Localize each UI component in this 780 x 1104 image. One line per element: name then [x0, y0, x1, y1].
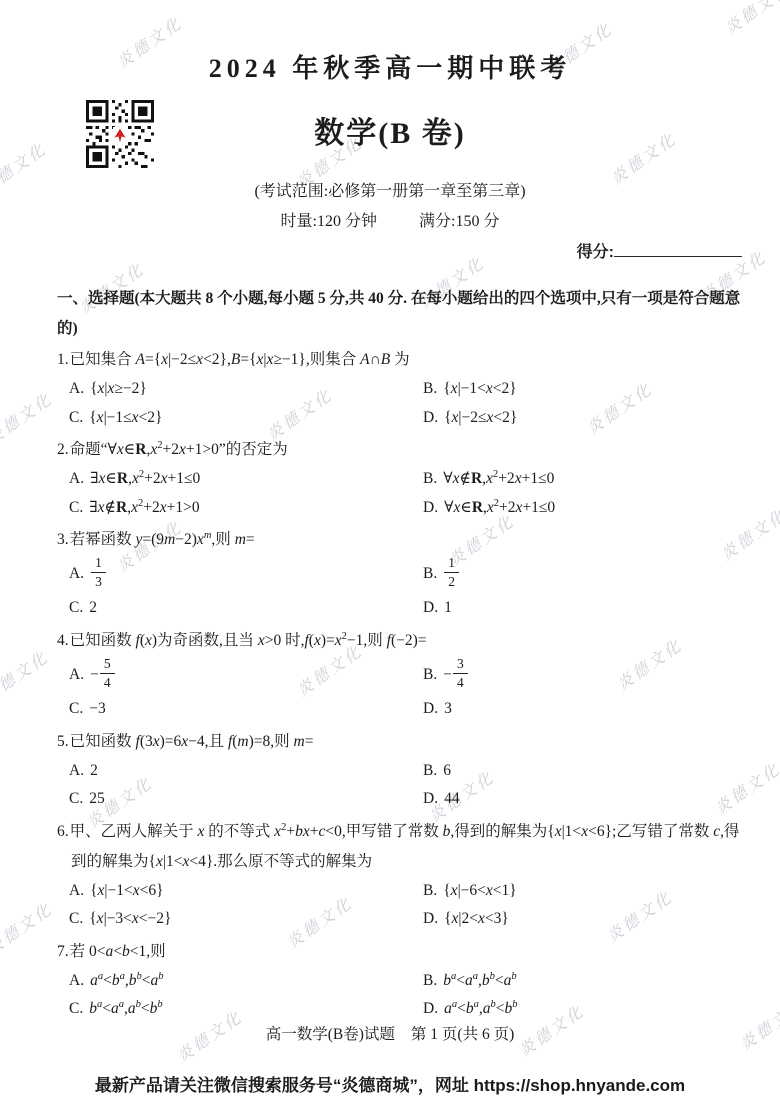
exam-paper-page: 炎德文化 炎德文化 炎德文化 炎德文化 炎德文化 炎德文化 炎德文化 炎德文化 … — [0, 0, 780, 1104]
question-1-stem: 1.已知集合 A={x|−2≤x<2},B={x|x≥−1},则集合 A∩B 为 — [57, 345, 751, 375]
question-number: 2. — [57, 441, 69, 458]
question-4-option-b: B.−34 — [411, 656, 751, 695]
option-text: 2 — [89, 599, 97, 616]
question-1-options: A.{x|x≥−2} B.{x|−1<x<2} C.{x|−1≤x<2} D.{… — [57, 375, 751, 432]
option-label: D. — [423, 409, 438, 426]
watermark-text: 炎德文化 — [0, 896, 57, 958]
option-label: A. — [69, 380, 84, 397]
fraction: 34 — [453, 656, 468, 691]
question-7: 7.若 0<a<b<1,则 A.aa<ba,bb<ab B.ba<aa,bb<a… — [57, 937, 751, 1024]
fraction: 12 — [444, 555, 459, 590]
option-text: ba<aa,ab<bb — [89, 1000, 162, 1017]
option-text: 25 — [89, 790, 105, 807]
option-label: A. — [69, 666, 84, 683]
duration-label: 时量:120 分钟 — [281, 213, 377, 230]
question-2-option-b: B.∀x∉R,x2+2x+1≤0 — [411, 465, 751, 494]
option-label: B. — [423, 972, 437, 989]
exam-scope-note: (考试范围:必修第一册第一章至第三章) — [0, 178, 780, 201]
question-3-option-d: D.1 — [411, 594, 751, 623]
question-6: 6.甲、乙两人解关于 x 的不等式 x2+bx+c<0,甲写错了常数 b,得到的… — [57, 817, 751, 934]
option-label: B. — [423, 380, 437, 397]
score-label: 得分: — [577, 244, 614, 261]
option-label: D. — [423, 1000, 438, 1017]
question-6-stem: 6.甲、乙两人解关于 x 的不等式 x2+bx+c<0,甲写错了常数 b,得到的… — [57, 817, 751, 877]
option-label: B. — [423, 666, 437, 683]
option-label: C. — [69, 790, 83, 807]
question-number: 5. — [57, 733, 69, 750]
question-number: 6. — [57, 823, 69, 840]
question-5-option-d: D.44 — [411, 785, 751, 814]
question-number: 7. — [57, 943, 69, 960]
question-7-option-a: A.aa<ba,bb<ab — [57, 967, 411, 996]
question-7-stem: 7.若 0<a<b<1,则 — [57, 937, 751, 967]
question-4-options: A.−54 B.−34 C.−3 D.3 — [57, 656, 751, 724]
option-text: {x|−1<x<6} — [90, 882, 164, 899]
score-line: 得分: — [577, 239, 742, 262]
question-3-option-b: B.12 — [411, 555, 751, 594]
option-text: {x|−1≤x<2} — [89, 409, 162, 426]
option-text: −34 — [443, 666, 469, 683]
option-text: {x|2<x<3} — [444, 910, 509, 927]
question-stem-text: 命题“∀x∈R,x2+2x+1>0”的否定为 — [70, 441, 288, 458]
option-text: 12 — [443, 565, 460, 582]
option-label: B. — [423, 470, 437, 487]
question-3-stem: 3.若幂函数 y=(9m−2)xm,则 m= — [57, 525, 751, 555]
footer-page-number: 第 1 页(共 6 页) — [411, 1026, 514, 1043]
question-stem-text: 若 0<a<b<1,则 — [70, 943, 166, 960]
question-2-stem: 2.命题“∀x∈R,x2+2x+1>0”的否定为 — [57, 435, 751, 465]
option-text: −3 — [89, 700, 106, 717]
subject-title: 数学(B 卷) — [0, 108, 780, 152]
promo-text: 最新产品请关注微信搜索服务号“炎德商城”，网址 https://shop.hny… — [0, 1071, 780, 1096]
question-1: 1.已知集合 A={x|−2≤x<2},B={x|x≥−1},则集合 A∩B 为… — [57, 345, 751, 432]
question-number: 1. — [57, 351, 69, 368]
option-label: D. — [423, 700, 438, 717]
option-label: C. — [69, 700, 83, 717]
question-3-options: A.13 B.12 C.2 D.1 — [57, 555, 751, 623]
option-text: 13 — [90, 565, 107, 582]
option-text: 2 — [90, 762, 98, 779]
question-7-option-c: C.ba<aa,ab<bb — [57, 995, 411, 1024]
fraction: 54 — [100, 656, 115, 691]
question-7-options: A.aa<ba,bb<ab B.ba<aa,bb<ab C.ba<aa,ab<b… — [57, 967, 751, 1024]
question-4: 4.已知函数 f(x)为奇函数,且当 x>0 时,f(x)=x2−1,则 f(−… — [57, 626, 751, 724]
question-6-options: A.{x|−1<x<6} B.{x|−6<x<1} C.{x|−3<x<−2} … — [57, 877, 751, 934]
question-4-option-a: A.−54 — [57, 656, 411, 695]
fraction: 13 — [91, 555, 106, 590]
option-text: ∀x∉R,x2+2x+1≤0 — [443, 470, 554, 487]
option-text: aa<ba,bb<ab — [90, 972, 163, 989]
option-label: D. — [423, 499, 438, 516]
option-label: B. — [423, 762, 437, 779]
question-2: 2.命题“∀x∈R,x2+2x+1>0”的否定为 A.∃x∈R,x2+2x+1≤… — [57, 435, 751, 522]
option-label: D. — [423, 790, 438, 807]
option-label: A. — [69, 882, 84, 899]
option-text: 6 — [443, 762, 451, 779]
option-label: C. — [69, 910, 83, 927]
option-text: ∃x∉R,x2+2x+1>0 — [89, 499, 199, 516]
question-2-option-d: D.∀x∈R,x2+2x+1≤0 — [411, 494, 751, 523]
question-5-option-c: C.25 — [57, 785, 411, 814]
option-text: {x|−1<x<2} — [443, 380, 517, 397]
exam-time-line: 时量:120 分钟满分:150 分 — [0, 208, 780, 231]
question-3: 3.若幂函数 y=(9m−2)xm,则 m= A.13 B.12 C.2 D.1 — [57, 525, 751, 623]
watermark-text: 炎德文化 — [0, 386, 57, 448]
question-7-option-b: B.ba<aa,bb<ab — [411, 967, 751, 996]
option-text: −54 — [90, 666, 116, 683]
option-text: ∀x∈R,x2+2x+1≤0 — [444, 499, 555, 516]
option-text: {x|−2≤x<2} — [444, 409, 517, 426]
question-1-option-d: D.{x|−2≤x<2} — [411, 404, 751, 433]
section-title: 一、选择题 — [57, 290, 135, 307]
full-score-label: 满分:150 分 — [419, 213, 499, 230]
option-text: {x|−6<x<1} — [443, 882, 517, 899]
question-5: 5.已知函数 f(3x)=6x−4,且 f(m)=8,则 m= A.2 B.6 … — [57, 727, 751, 814]
option-label: C. — [69, 599, 83, 616]
question-6-option-a: A.{x|−1<x<6} — [57, 877, 411, 906]
option-label: C. — [69, 1000, 83, 1017]
question-stem-text: 若幂函数 y=(9m−2)xm,则 m= — [70, 531, 255, 548]
question-6-option-b: B.{x|−6<x<1} — [411, 877, 751, 906]
question-7-option-d: D.aa<ba,ab<bb — [411, 995, 751, 1024]
option-text: ∃x∈R,x2+2x+1≤0 — [90, 470, 200, 487]
option-label: A. — [69, 470, 84, 487]
question-5-options: A.2 B.6 C.25 D.44 — [57, 757, 751, 814]
question-1-option-c: C.{x|−1≤x<2} — [57, 404, 411, 433]
question-stem-text: 已知函数 f(x)为奇函数,且当 x>0 时,f(x)=x2−1,则 f(−2)… — [70, 632, 427, 649]
section-description: (本大题共 8 个小题,每小题 5 分,共 40 分. 在每小题给出的四个选项中… — [57, 290, 740, 337]
question-5-stem: 5.已知函数 f(3x)=6x−4,且 f(m)=8,则 m= — [57, 727, 751, 757]
question-3-option-c: C.2 — [57, 594, 411, 623]
question-2-option-c: C.∃x∉R,x2+2x+1>0 — [57, 494, 411, 523]
watermark-text: 炎德文化 — [0, 644, 53, 706]
question-stem-text: 已知集合 A={x|−2≤x<2},B={x|x≥−1},则集合 A∩B 为 — [70, 351, 410, 368]
question-1-option-a: A.{x|x≥−2} — [57, 375, 411, 404]
footer-doc-label: 高一数学(B卷)试题 — [266, 1026, 395, 1043]
question-4-stem: 4.已知函数 f(x)为奇函数,且当 x>0 时,f(x)=x2−1,则 f(−… — [57, 626, 751, 656]
question-4-option-d: D.3 — [411, 695, 751, 724]
option-text: aa<ba,ab<bb — [444, 1000, 517, 1017]
question-3-option-a: A.13 — [57, 555, 411, 594]
option-text: 1 — [444, 599, 452, 616]
question-number: 4. — [57, 632, 69, 649]
question-4-option-c: C.−3 — [57, 695, 411, 724]
option-label: C. — [69, 409, 83, 426]
exam-title: 2024 年秋季高一期中联考 — [0, 48, 780, 85]
question-2-option-a: A.∃x∈R,x2+2x+1≤0 — [57, 465, 411, 494]
question-2-options: A.∃x∈R,x2+2x+1≤0 B.∀x∉R,x2+2x+1≤0 C.∃x∉R… — [57, 465, 751, 522]
option-label: A. — [69, 565, 84, 582]
option-label: A. — [69, 972, 84, 989]
option-text: 3 — [444, 700, 452, 717]
option-text: {x|−3<x<−2} — [89, 910, 171, 927]
question-area: 一、选择题(本大题共 8 个小题,每小题 5 分,共 40 分. 在每小题给出的… — [57, 284, 751, 1027]
option-text: ba<aa,bb<ab — [443, 972, 516, 989]
question-6-option-c: C.{x|−3<x<−2} — [57, 905, 411, 934]
option-label: D. — [423, 910, 438, 927]
question-5-option-b: B.6 — [411, 757, 751, 786]
option-label: B. — [423, 882, 437, 899]
option-label: D. — [423, 599, 438, 616]
option-text: {x|x≥−2} — [90, 380, 147, 397]
watermark-text: 炎德文化 — [719, 0, 780, 39]
question-number: 3. — [57, 531, 69, 548]
question-6-option-d: D.{x|2<x<3} — [411, 905, 751, 934]
question-stem-text: 已知函数 f(3x)=6x−4,且 f(m)=8,则 m= — [70, 733, 314, 750]
option-label: C. — [69, 499, 83, 516]
question-5-option-a: A.2 — [57, 757, 411, 786]
section-header: 一、选择题(本大题共 8 个小题,每小题 5 分,共 40 分. 在每小题给出的… — [57, 284, 751, 344]
option-label: A. — [69, 762, 84, 779]
page-footer: 高一数学(B卷)试题第 1 页(共 6 页) — [0, 1022, 780, 1044]
score-blank-field — [614, 241, 742, 257]
question-1-option-b: B.{x|−1<x<2} — [411, 375, 751, 404]
option-label: B. — [423, 565, 437, 582]
option-text: 44 — [444, 790, 460, 807]
question-stem-text: 甲、乙两人解关于 x 的不等式 x2+bx+c<0,甲写错了常数 b,得到的解集… — [70, 823, 740, 870]
